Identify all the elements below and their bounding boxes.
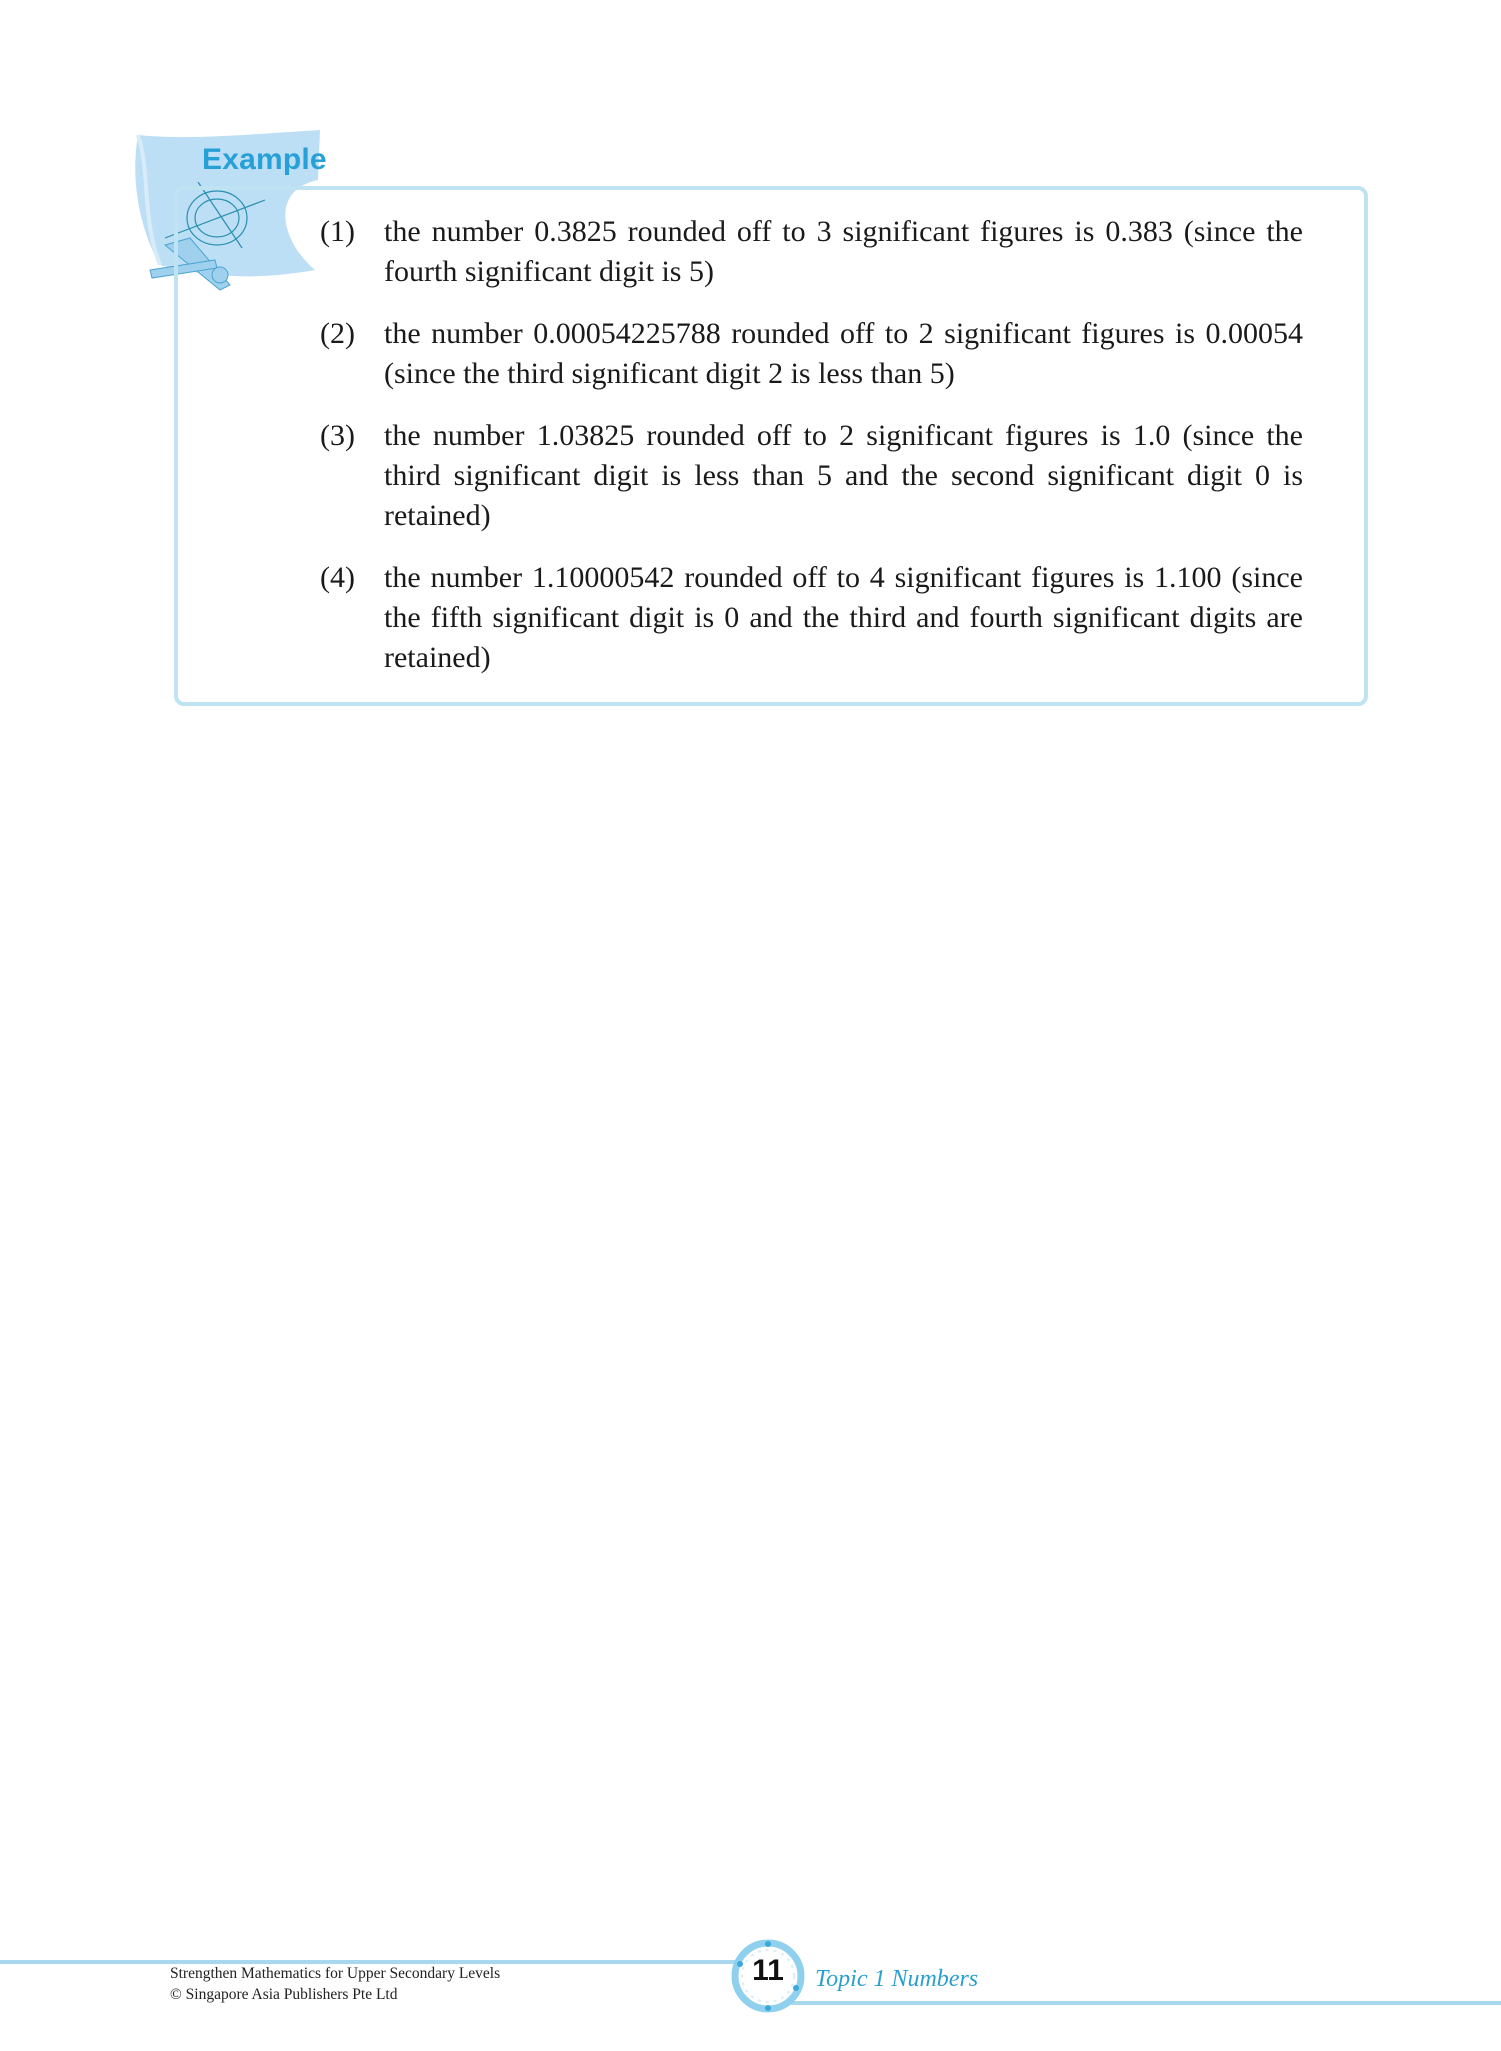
page-number: 11 — [728, 1954, 808, 1988]
example-item: (4) the number 1.10000542 rounded off to… — [320, 558, 1303, 678]
example-item: (1) the number 0.3825 rounded off to 3 s… — [320, 212, 1303, 292]
example-text: the number 1.10000542 rounded off to 4 s… — [384, 558, 1303, 678]
topic-label: Topic 1 Numbers — [815, 1966, 978, 1993]
example-list: (1) the number 0.3825 rounded off to 3 s… — [320, 212, 1303, 700]
example-number: (3) — [320, 416, 384, 536]
copyright: © Singapore Asia Publishers Pte Ltd — [170, 1984, 500, 2005]
example-text: the number 1.03825 rounded off to 2 sign… — [384, 416, 1303, 536]
example-text: the number 0.3825 rounded off to 3 signi… — [384, 212, 1303, 292]
example-number: (4) — [320, 558, 384, 678]
example-text: the number 0.00054225788 rounded off to … — [384, 314, 1303, 394]
example-number: (1) — [320, 212, 384, 292]
book-title: Strengthen Mathematics for Upper Seconda… — [170, 1963, 500, 1984]
footer-credits: Strengthen Mathematics for Upper Seconda… — [170, 1963, 500, 2005]
footer-divider-bottom — [790, 2001, 1501, 2005]
example-item: (2) the number 0.00054225788 rounded off… — [320, 314, 1303, 394]
example-heading: Example — [202, 143, 327, 177]
example-item: (3) the number 1.03825 rounded off to 2 … — [320, 416, 1303, 536]
example-number: (2) — [320, 314, 384, 394]
